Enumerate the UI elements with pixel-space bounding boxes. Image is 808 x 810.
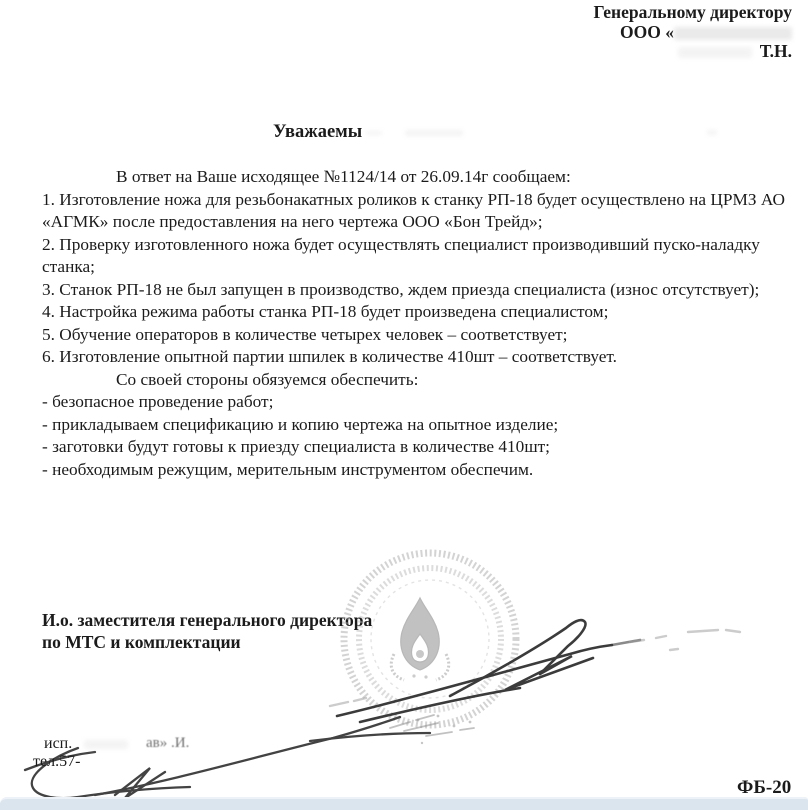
flame-emblem-icon xyxy=(391,598,449,680)
redacted-person-name xyxy=(678,47,752,58)
handwritten-signature-main xyxy=(318,588,804,732)
phone-row: тел.57- xyxy=(33,753,80,771)
executor-name-fragment: ав» .И. xyxy=(146,735,189,752)
signer-position-line1: И.о. заместителя генерального директора xyxy=(42,610,372,632)
redacted-salutation-name-2 xyxy=(405,130,463,136)
bottom-panel-edge xyxy=(0,797,808,810)
addressee-title: Генеральному директору xyxy=(593,3,792,23)
body-item-3: 3. Станок РП-18 не был запущен в произво… xyxy=(42,279,796,302)
company-prefix: ООО « xyxy=(620,22,674,42)
form-code: ФБ-20 xyxy=(737,777,791,799)
salutation: Уважаемы xyxy=(273,122,717,143)
salutation-text: Уважаемы xyxy=(273,122,362,142)
addressee-block: Генеральному директору ООО « Т.Н. xyxy=(593,3,792,62)
letter-body: В ответ на Ваше исходящее №1124/14 от 26… xyxy=(42,166,796,481)
obligation-4: - необходимым режущим, мерительным инстр… xyxy=(42,459,796,482)
obligation-1: - безопасное проведение работ; xyxy=(42,391,796,414)
executor-row: исп. xyxy=(44,735,128,753)
obligation-2: - прикладываем спецификацию и копию черт… xyxy=(42,414,796,437)
body-item-4: 4. Настройка режима работы станка РП-18 … xyxy=(42,301,796,324)
body-item-1: 1. Изготовление ножа для резьбонакатных … xyxy=(42,189,796,234)
body-item-2: 2. Проверку изготовленного ножа будет ос… xyxy=(42,234,796,279)
body-intro: В ответ на Ваше исходящее №1124/14 от 26… xyxy=(42,166,796,189)
handwritten-signature-bottom xyxy=(18,698,538,808)
executor-label: исп. xyxy=(44,735,72,752)
obligations-intro: Со своей стороны обязуемся обеспечить: xyxy=(42,369,796,392)
redacted-company-name xyxy=(674,27,792,40)
addressee-company: ООО « xyxy=(593,23,792,43)
redacted-executor-name xyxy=(84,740,128,749)
signer-position-block: И.о. заместителя генерального директора … xyxy=(42,610,372,653)
body-item-6: 6. Изготовление опытной партии шпилек в … xyxy=(42,346,796,369)
signer-position-line2: по МТС и комплектации xyxy=(42,632,372,654)
scanned-letter-page: Генеральному директору ООО « Т.Н. Уважае… xyxy=(0,0,808,810)
obligation-3: - заготовки будут готовы к приезду специ… xyxy=(42,436,796,459)
redacted-salutation-name xyxy=(366,131,382,135)
addressee-person: Т.Н. xyxy=(593,42,792,62)
redacted-salutation-name-3 xyxy=(707,130,717,135)
body-item-5: 5. Обучение операторов в количестве четы… xyxy=(42,324,796,347)
person-initials: Т.Н. xyxy=(760,41,792,61)
